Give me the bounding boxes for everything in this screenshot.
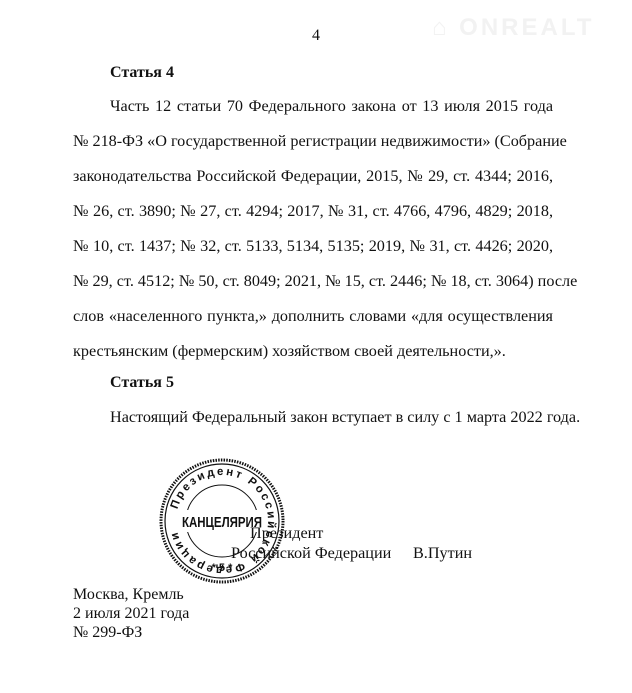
signature-title-line2: Российской Федерации (231, 544, 391, 563)
text-line: слов «населенного пункта,» дополнить сло… (73, 307, 553, 326)
stamp-number: * 5 * (212, 562, 234, 574)
text-line: крестьянским (фермерским) хозяйством сво… (73, 342, 553, 361)
text-line: № 218-ФЗ «О государственной регистрации … (73, 132, 553, 151)
text-line: Часть 12 статьи 70 Федерального закона о… (110, 97, 553, 116)
signature-name: В.Путин (413, 544, 472, 563)
page-number: 4 (0, 27, 632, 45)
signature-title-line1: Президент (250, 524, 323, 543)
official-stamp: Президент Российской Федерации КАНЦЕЛЯРИ… (158, 457, 286, 585)
law-number: № 299-ФЗ (73, 623, 142, 642)
text-line: № 26, ст. 3890; № 27, ст. 4294; 2017, № … (73, 202, 553, 221)
text-line: № 10, ст. 1437; № 32, ст. 5133, 5134, 51… (73, 237, 553, 256)
article-4-heading: Статья 4 (110, 64, 174, 82)
text-line: законодательства Российской Федерации, 2… (73, 167, 553, 186)
article-5-text: Настоящий Федеральный закон вступает в с… (110, 408, 580, 427)
text-line: № 29, ст. 4512; № 50, ст. 8049; 2021, № … (73, 272, 553, 291)
signing-place: Москва, Кремль (73, 585, 184, 604)
article-5-heading: Статья 5 (110, 374, 174, 392)
signing-date: 2 июля 2021 года (73, 604, 189, 623)
